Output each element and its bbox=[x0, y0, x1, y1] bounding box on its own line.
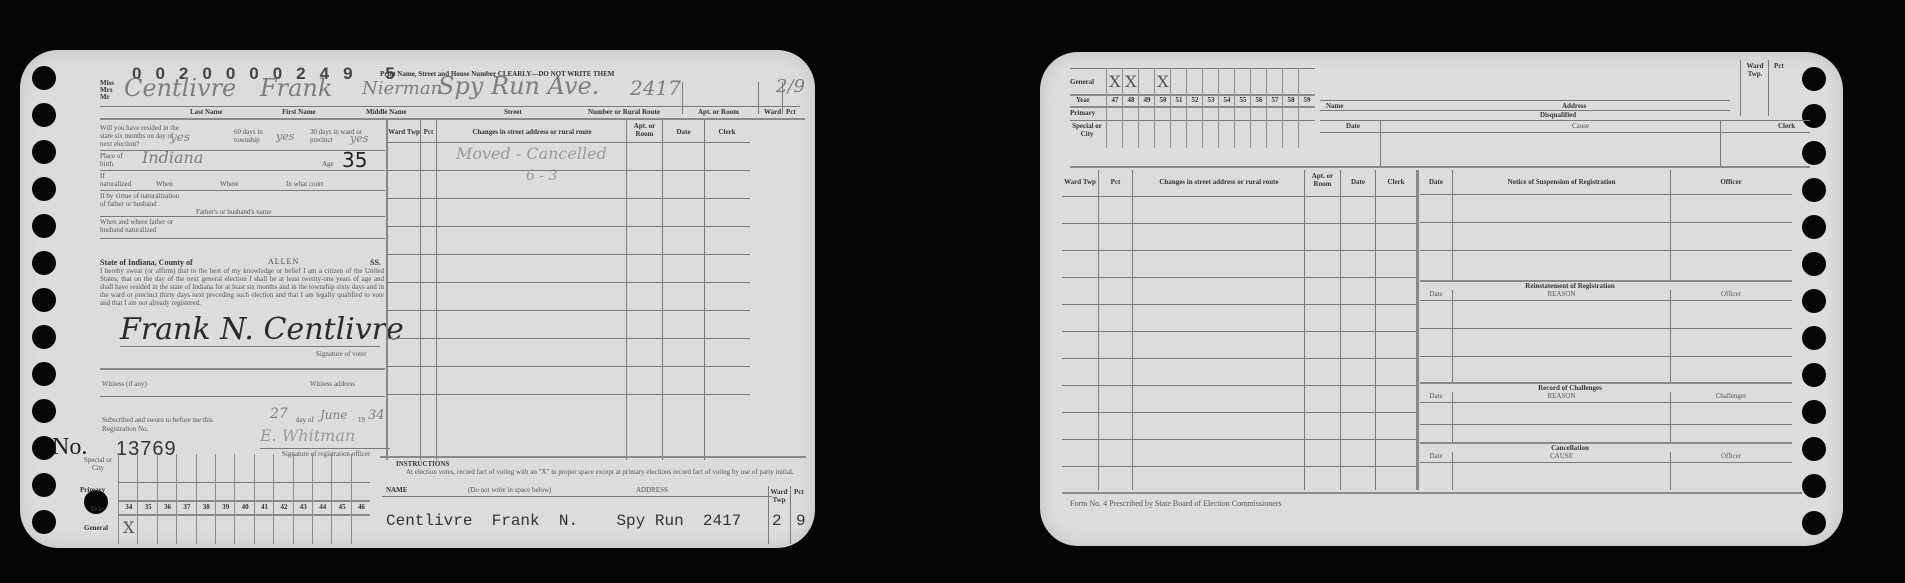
header-clerk: Clerk bbox=[705, 128, 749, 136]
vote-cell-49: 49 bbox=[1138, 68, 1155, 148]
suspension-header-officer: Officer bbox=[1671, 178, 1791, 186]
table-row bbox=[386, 394, 750, 395]
label-disqualified: Disqualified bbox=[1540, 111, 1576, 119]
vote-cell-54: 54 bbox=[1218, 68, 1235, 148]
punch-hole bbox=[32, 510, 56, 534]
table-row bbox=[386, 198, 750, 199]
label-age: Age bbox=[322, 160, 334, 168]
header-clerk: Clerk bbox=[1376, 178, 1416, 186]
punch-hole bbox=[32, 399, 56, 423]
label-cause: Cause bbox=[1572, 122, 1589, 130]
header-date: Date bbox=[663, 128, 704, 136]
table-row bbox=[1062, 412, 1416, 413]
instructions-text: At election votes, record fact of voting… bbox=[406, 468, 806, 476]
vote-mark: X bbox=[1155, 72, 1171, 91]
vote-cell-57: 57 bbox=[1266, 68, 1283, 148]
vote-cell-44: 44 bbox=[312, 454, 332, 544]
punch-hole bbox=[32, 140, 56, 164]
punch-hole bbox=[1802, 215, 1826, 239]
challenges-title: Record of Challenges bbox=[1420, 384, 1720, 392]
oath-county: ALLEN bbox=[268, 257, 299, 266]
row-label-general: General bbox=[1070, 78, 1094, 86]
label-ward: Ward bbox=[764, 108, 781, 116]
handwritten-street: Spy Run Ave. bbox=[438, 72, 599, 100]
vote-cell-48: 48X bbox=[1122, 68, 1139, 148]
officer-signature: E. Whitman bbox=[260, 426, 355, 445]
table-row bbox=[386, 254, 750, 255]
vote-cell-47: 47X bbox=[1106, 68, 1123, 148]
birth-value: Indiana bbox=[142, 148, 203, 167]
label-name: Name bbox=[1326, 102, 1344, 110]
vote-cell-55: 55 bbox=[1234, 68, 1251, 148]
year-label: 39 bbox=[216, 503, 235, 511]
vote-cell-36: 36 bbox=[157, 454, 177, 544]
challenges-header-challenger: Challenger bbox=[1671, 392, 1791, 400]
row-label-special: Special or City bbox=[1070, 122, 1104, 138]
year-label: 50 bbox=[1155, 96, 1171, 104]
vote-cell-38: 38 bbox=[196, 454, 216, 544]
label-father-name: Father's or husband's name bbox=[196, 208, 271, 216]
vote-mark: X bbox=[119, 518, 138, 537]
punch-hole bbox=[32, 214, 56, 238]
label-last-name: Last Name bbox=[190, 108, 222, 116]
label-middle-name: Middle Name bbox=[366, 108, 407, 116]
a-state-residency: yes bbox=[170, 130, 190, 144]
year-label: 52 bbox=[1187, 96, 1203, 104]
vote-cell-59: 59 bbox=[1298, 68, 1315, 148]
punch-hole bbox=[1802, 474, 1826, 498]
vote-mark: X bbox=[1107, 72, 1123, 91]
punch-hole bbox=[1802, 104, 1826, 128]
table-row bbox=[1062, 250, 1416, 251]
table-row bbox=[386, 142, 750, 143]
year-label: 49 bbox=[1139, 96, 1155, 104]
label-father-when-where: When and where father or husband natural… bbox=[100, 218, 190, 234]
label-clerk: Clerk bbox=[1778, 122, 1795, 130]
age-value: 35 bbox=[342, 148, 367, 172]
year-label: 41 bbox=[255, 503, 274, 511]
oath-text: I hereby swear (or affirm) that to the b… bbox=[100, 267, 384, 307]
label-subscribed: Subscribed and sworn to before me this bbox=[102, 416, 213, 424]
label-apt: Apt. or Room bbox=[698, 108, 739, 116]
label-when: When bbox=[156, 180, 173, 188]
punch-hole bbox=[1802, 511, 1826, 535]
vote-cell-52: 52 bbox=[1186, 68, 1203, 148]
punch-hole bbox=[32, 362, 56, 386]
cancellation-header-date: Date bbox=[1420, 452, 1452, 460]
table-row bbox=[1062, 223, 1416, 224]
year-label: 45 bbox=[332, 503, 351, 511]
year-label: 57 bbox=[1267, 96, 1283, 104]
vote-cell-56: 56 bbox=[1250, 68, 1267, 148]
year-label: 58 bbox=[1283, 96, 1299, 104]
table-row bbox=[1062, 439, 1416, 440]
reinstatement-header-reason: REASON bbox=[1453, 290, 1670, 298]
changes-table: Ward Twp Pct Changes in street address o… bbox=[1062, 170, 1402, 490]
label-voter-signature: Signature of voter bbox=[316, 350, 367, 358]
row-label-primary: Primary bbox=[80, 486, 118, 494]
label-father-naturalization: If by virtue of naturalization of father… bbox=[100, 192, 180, 208]
row-label-year: Year bbox=[1076, 96, 1090, 104]
punch-hole bbox=[1802, 289, 1826, 313]
reinstatement-header-officer: Officer bbox=[1671, 290, 1791, 298]
vote-cell-40: 40 bbox=[234, 454, 254, 544]
vote-cell-43: 43 bbox=[293, 454, 313, 544]
punch-hole bbox=[32, 66, 56, 90]
label-pct-bottom: Pct bbox=[794, 488, 804, 496]
vote-cell-51: 51 bbox=[1170, 68, 1187, 148]
label-registration-no: Registration No. bbox=[102, 425, 148, 433]
vote-cell-35: 35 bbox=[137, 454, 157, 544]
year-label: 47 bbox=[1107, 96, 1123, 104]
table-row bbox=[1062, 196, 1416, 197]
year-label: 44 bbox=[313, 503, 332, 511]
typed-ward: 2 bbox=[772, 512, 782, 530]
label-pct: Pct bbox=[1774, 62, 1784, 70]
cancellation-title: Cancellation bbox=[1420, 444, 1720, 452]
table-row bbox=[386, 170, 750, 171]
vote-mark: X bbox=[1123, 72, 1139, 91]
punch-hole bbox=[1802, 437, 1826, 461]
subscribed-year: 34 bbox=[368, 408, 385, 423]
typed-name-line: Centlivre Frank N. Spy Run 2417 bbox=[386, 512, 741, 530]
punch-hole bbox=[32, 288, 56, 312]
punch-hole bbox=[1802, 326, 1826, 350]
typed-pct: 9 bbox=[796, 512, 806, 530]
table-row bbox=[1062, 304, 1416, 305]
table-row bbox=[1062, 331, 1416, 332]
label-court: In what court bbox=[286, 180, 323, 188]
year-label: 34 bbox=[119, 503, 138, 511]
vote-cell-41: 41 bbox=[254, 454, 274, 544]
reinstatement-header-date: Date bbox=[1420, 290, 1452, 298]
year-label: 46 bbox=[352, 503, 371, 511]
vote-cell-37: 37 bbox=[176, 454, 196, 544]
label-witness: Witness (if any) bbox=[102, 380, 147, 388]
table-row bbox=[386, 338, 750, 339]
registration-card-back: General Year Primary Special or City 47X… bbox=[1040, 52, 1843, 546]
registration-card-front: 0020000249 5 Print Name, Street and Hous… bbox=[20, 50, 815, 548]
year-label: 42 bbox=[274, 503, 293, 511]
label-number: Number or Rural Route bbox=[588, 108, 660, 116]
label-address: Address bbox=[1562, 102, 1586, 110]
year-label: 59 bbox=[1299, 96, 1315, 104]
row-label-year: Year bbox=[90, 505, 104, 513]
punch-hole bbox=[1802, 252, 1826, 276]
punch-hole bbox=[32, 473, 56, 497]
label-witness-address: Witness address bbox=[310, 380, 355, 388]
label-ward-twp: Ward Twp. bbox=[1742, 62, 1768, 78]
label-first-name: First Name bbox=[282, 108, 316, 116]
table-row bbox=[386, 226, 750, 227]
table-row bbox=[386, 366, 750, 367]
year-label: 37 bbox=[177, 503, 196, 511]
punch-hole bbox=[32, 177, 56, 201]
challenges-header-reason: REASON bbox=[1453, 392, 1670, 400]
header-apt: Apt. or Room bbox=[1305, 172, 1340, 188]
label-date: Date bbox=[1346, 122, 1360, 130]
punch-hole bbox=[32, 103, 56, 127]
handwritten-middle-name: Nierman bbox=[362, 78, 442, 99]
header-pct: Pct bbox=[1099, 178, 1132, 186]
punch-hole bbox=[1802, 67, 1826, 91]
year-label: 51 bbox=[1171, 96, 1187, 104]
handwritten-ward-pct: 2/9 bbox=[776, 76, 805, 97]
table-row bbox=[1062, 277, 1416, 278]
label-ward-twp: Ward Twp bbox=[770, 488, 788, 504]
row-label-special: Special or City bbox=[80, 456, 116, 472]
table-row bbox=[1062, 358, 1416, 359]
changes-table: Ward Twp Pct Changes in street address o… bbox=[386, 120, 806, 460]
row-label-general: General bbox=[84, 524, 108, 532]
voter-signature: Frank N. Centlivre bbox=[120, 312, 404, 347]
header-changes: Changes in street address or rural route bbox=[1134, 178, 1304, 186]
label-do-not-write: (Do not write in space below) bbox=[468, 486, 551, 494]
year-label: 40 bbox=[235, 503, 254, 511]
header-changes: Changes in street address or rural route bbox=[438, 128, 626, 136]
label-name: NAME bbox=[386, 486, 407, 494]
form-footer: Form No. 4 Prescribed by State Board of … bbox=[1070, 500, 1282, 508]
label-naturalized: If naturalized bbox=[100, 172, 136, 188]
punch-hole bbox=[1802, 178, 1826, 202]
cancellation-header-officer: Officer bbox=[1671, 452, 1791, 460]
header-ward-twp: Ward Twp bbox=[388, 128, 420, 136]
year-label: 35 bbox=[138, 503, 157, 511]
suspension-header-notice: Notice of Suspension of Registration bbox=[1453, 178, 1670, 186]
title-prefix: MissMrsMr bbox=[100, 80, 114, 101]
a-ward: yes bbox=[350, 132, 368, 145]
vote-cell-45: 45 bbox=[331, 454, 351, 544]
vote-record-grid: General Year Primary Special or City 47X… bbox=[1070, 68, 1315, 164]
table-row bbox=[1062, 385, 1416, 386]
year-label: 53 bbox=[1203, 96, 1219, 104]
row-label-primary: Primary bbox=[1070, 109, 1095, 117]
vote-cell-46: 46 bbox=[351, 454, 371, 544]
header-pct: Pct bbox=[421, 128, 436, 136]
instructions-title: INSTRUCTIONS bbox=[396, 460, 449, 468]
label-year-prefix: 19 bbox=[358, 416, 365, 424]
oath-state: State of Indiana, County of bbox=[100, 258, 193, 267]
year-label: 55 bbox=[1235, 96, 1251, 104]
vote-cell-53: 53 bbox=[1202, 68, 1219, 148]
punch-hole bbox=[1802, 363, 1826, 387]
reinstatement-title: Reinstatement of Registration bbox=[1420, 282, 1720, 290]
cancellation-header-cause: CAUSE bbox=[1453, 452, 1670, 460]
label-pct: Pct bbox=[786, 108, 796, 116]
table-row bbox=[386, 310, 750, 311]
label-birth: Place of birth bbox=[100, 152, 136, 168]
punch-hole bbox=[1802, 400, 1826, 424]
a-township: yes bbox=[276, 130, 294, 143]
handwritten-last-name: Centlivre bbox=[124, 74, 236, 102]
vote-record-grid: Special or City Primary Year General 34X… bbox=[80, 454, 380, 544]
year-label: 56 bbox=[1251, 96, 1267, 104]
suspension-header-date: Date bbox=[1420, 178, 1452, 186]
change-row-1: Moved - Cancelled bbox=[456, 144, 607, 163]
vote-cell-50: 50X bbox=[1154, 68, 1171, 148]
vote-cell-34: 34X bbox=[118, 454, 138, 544]
vote-cell-39: 39 bbox=[215, 454, 235, 544]
status-sections: Date Notice of Suspension of Registratio… bbox=[1420, 170, 1795, 490]
year-label: 43 bbox=[294, 503, 313, 511]
label-street: Street bbox=[504, 108, 522, 116]
table-row bbox=[1062, 466, 1416, 467]
vote-cell-42: 42 bbox=[273, 454, 293, 544]
label-where: Where bbox=[220, 180, 239, 188]
header-ward-twp: Ward Twp bbox=[1062, 178, 1098, 186]
table-row bbox=[386, 282, 750, 283]
year-label: 36 bbox=[158, 503, 177, 511]
subscribed-day: 27 bbox=[270, 406, 288, 422]
label-day-of: day of bbox=[296, 416, 314, 424]
challenges-header-date: Date bbox=[1420, 392, 1452, 400]
year-label: 48 bbox=[1123, 96, 1139, 104]
handwritten-number: 2417 bbox=[630, 76, 681, 100]
punch-hole bbox=[32, 325, 56, 349]
vote-cell-58: 58 bbox=[1282, 68, 1299, 148]
punch-hole bbox=[32, 251, 56, 275]
handwritten-first-name: Frank bbox=[260, 74, 332, 102]
year-label: 54 bbox=[1219, 96, 1235, 104]
header-date: Date bbox=[1341, 178, 1375, 186]
label-address: ADDRESS bbox=[636, 486, 668, 494]
header-apt: Apt. or Room bbox=[627, 122, 662, 138]
oath-ss: SS. bbox=[370, 258, 381, 267]
punch-hole bbox=[1802, 141, 1826, 165]
year-label: 38 bbox=[197, 503, 216, 511]
subscribed-month: June bbox=[320, 408, 347, 422]
